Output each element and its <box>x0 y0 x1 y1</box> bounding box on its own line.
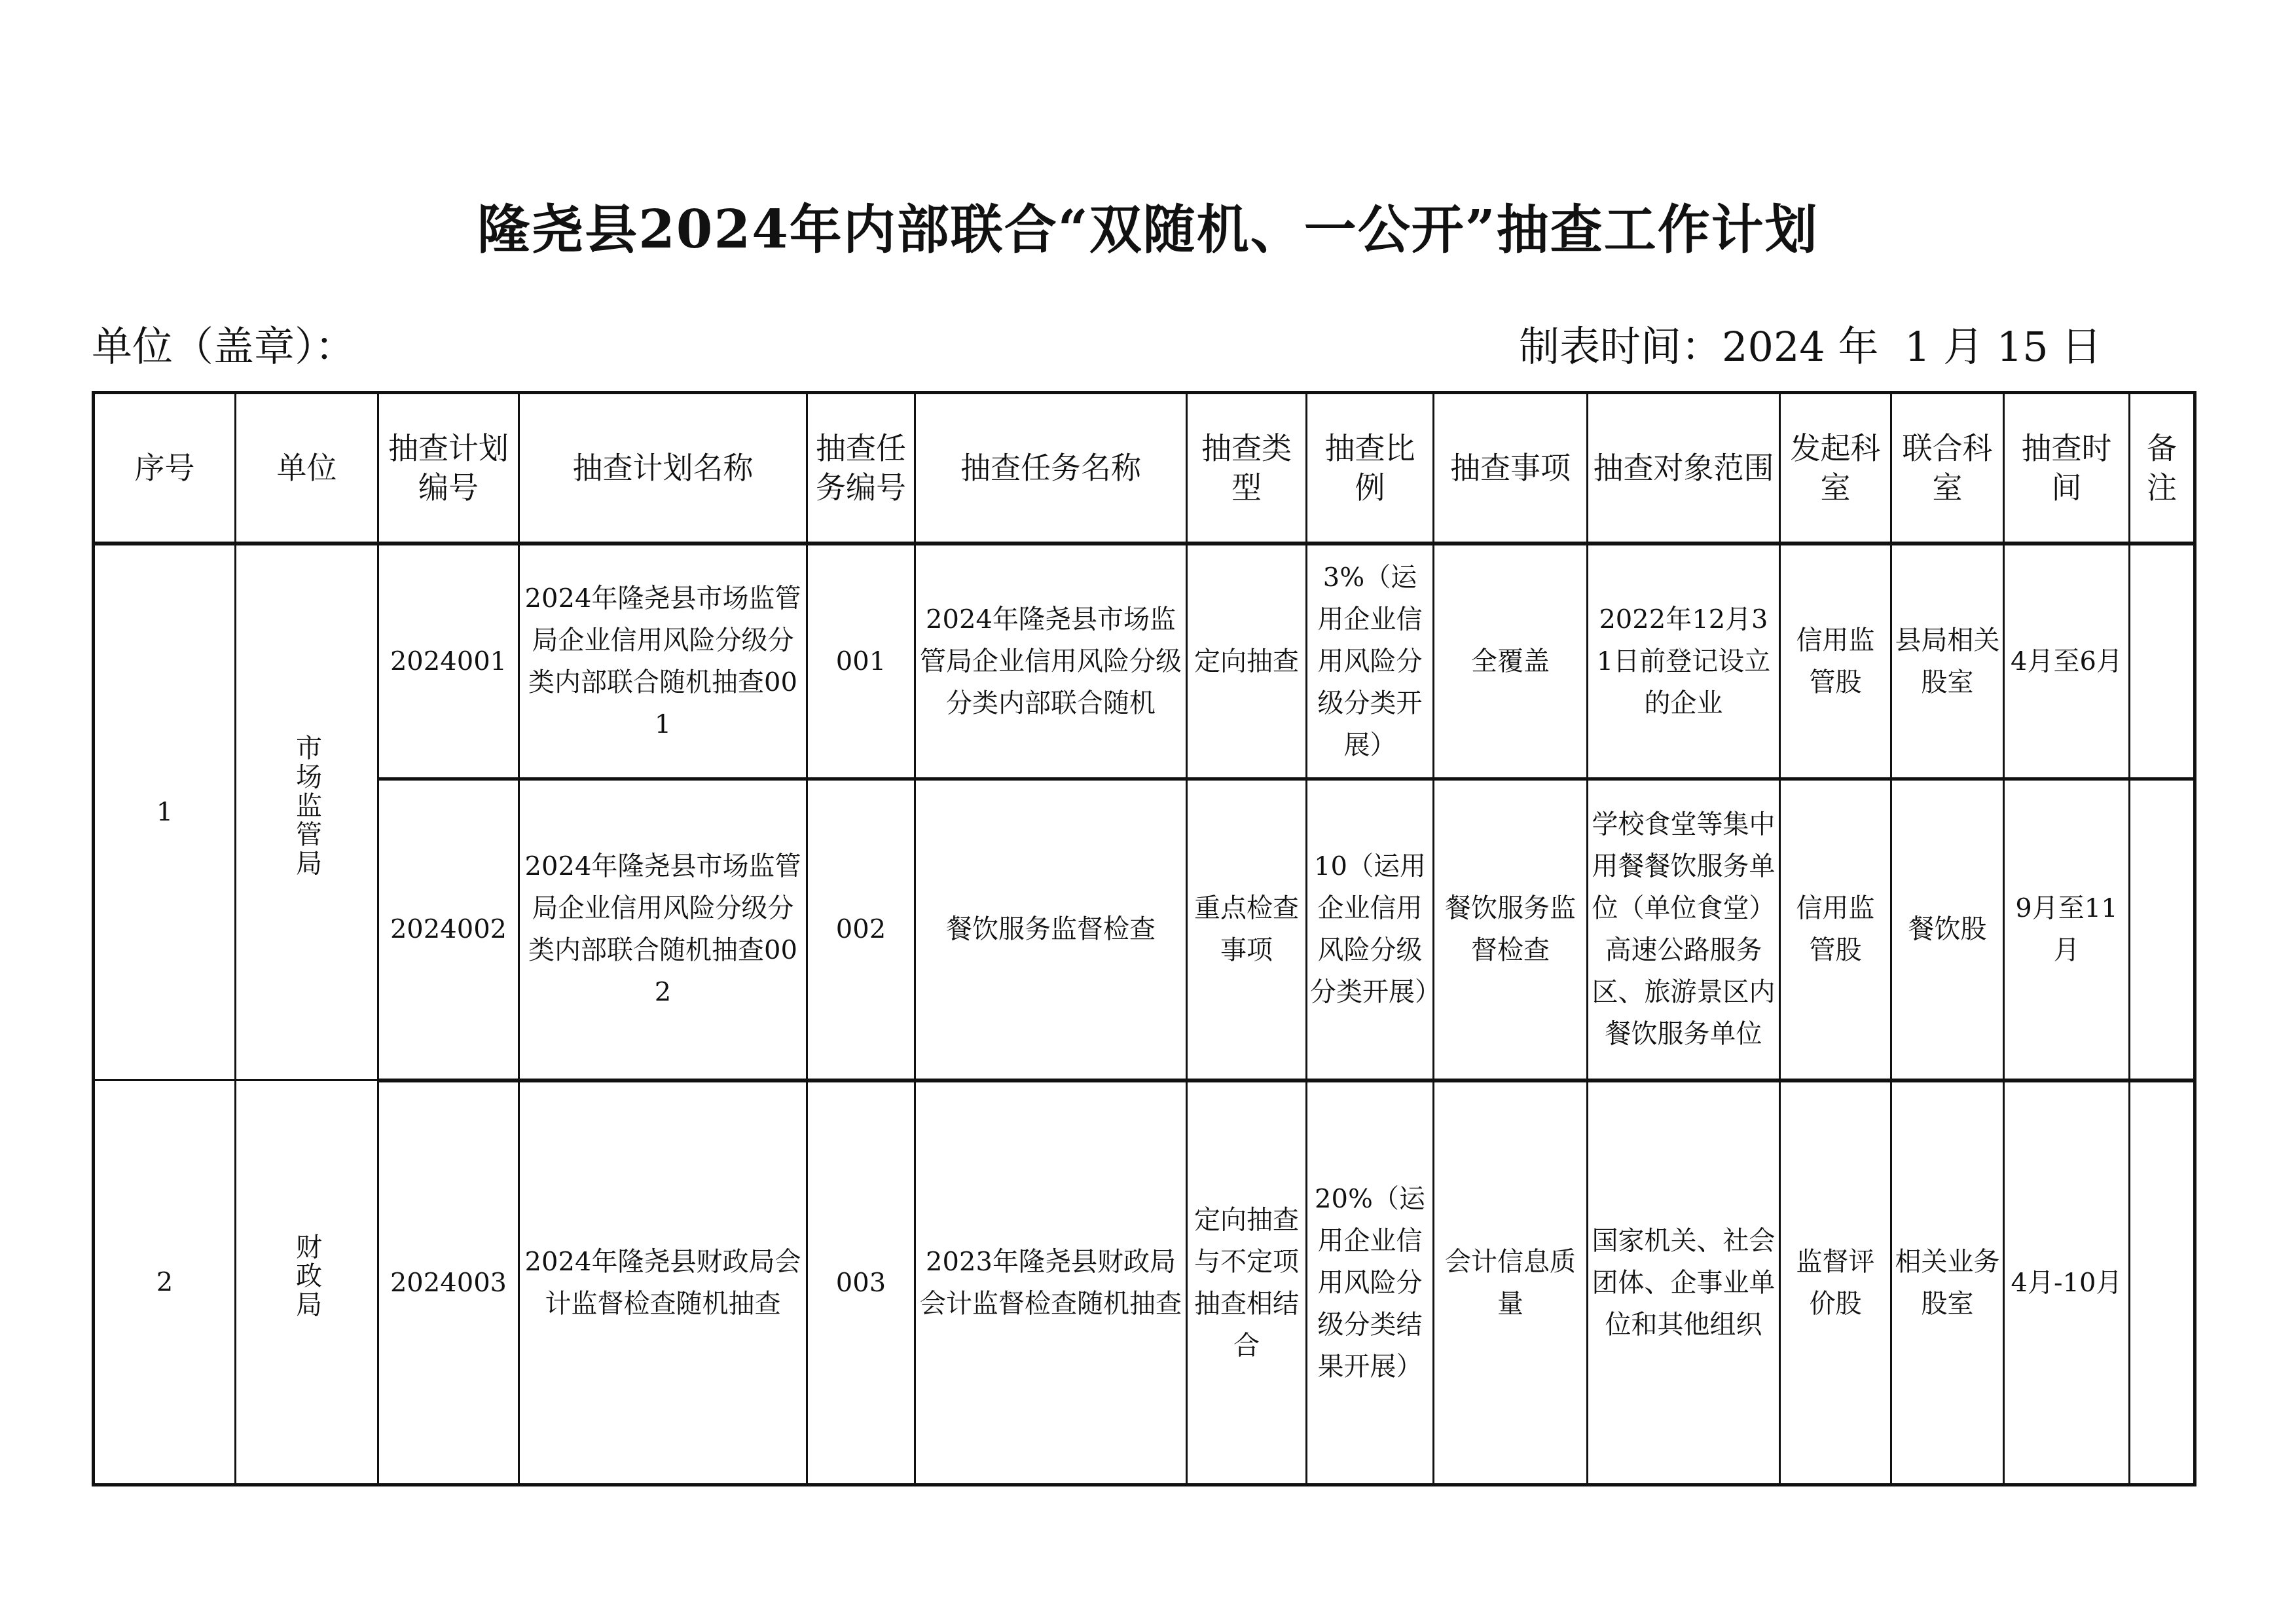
header-task-name: 抽查任务名称 <box>915 393 1187 544</box>
cell-plan-no: 2024003 <box>378 1080 519 1485</box>
header-task-no: 抽查任务编号 <box>807 393 915 544</box>
cell-period: 4月-10月 <box>2004 1080 2130 1485</box>
cell-plan-no: 2024001 <box>378 544 519 779</box>
cell-task-name: 2024年隆尧县市场监管局企业信用风险分级分类内部联合随机 <box>915 544 1187 779</box>
cell-check-type: 定向抽查 <box>1187 544 1307 779</box>
unit-seal-label: 单位（盖章）： <box>92 321 355 373</box>
header-ratio: 抽查比例 <box>1307 393 1434 544</box>
cell-initiator: 监督评价股 <box>1780 1080 1891 1485</box>
cell-seq: 1 <box>94 544 236 1080</box>
cell-task-no: 001 <box>807 544 915 779</box>
document-title: 隆尧县2024年内部联合“双随机、一公开”抽查工作计划 <box>0 196 2296 262</box>
table-row: 1 市场监管局 2024001 2024年隆尧县市场监管局企业信用风险分级分类内… <box>94 544 2195 779</box>
cell-plan-name: 2024年隆尧县财政局会计监督检查随机抽查 <box>519 1080 807 1485</box>
cell-joint: 县局相关股室 <box>1891 544 2004 779</box>
cell-remark <box>2130 1080 2195 1485</box>
cell-period: 4月至6月 <box>2004 544 2130 779</box>
cell-period: 9月至11月 <box>2004 779 2130 1080</box>
cell-ratio: 3%（运用企业信用风险分级分类开展） <box>1307 544 1434 779</box>
date-label: 制表时间：2024 年 1 月 15 日 <box>1519 321 2102 373</box>
cell-item: 全覆盖 <box>1434 544 1588 779</box>
table-row: 2024002 2024年隆尧县市场监管局企业信用风险分级分类内部联合随机抽查0… <box>94 779 2195 1080</box>
cell-joint: 相关业务股室 <box>1891 1080 2004 1485</box>
cell-scope: 国家机关、社会团体、企事业单位和其他组织 <box>1588 1080 1780 1485</box>
cell-plan-no: 2024002 <box>378 779 519 1080</box>
cell-remark <box>2130 544 2195 779</box>
header-initiator: 发起科室 <box>1780 393 1891 544</box>
header-scope: 抽查对象范围 <box>1588 393 1780 544</box>
cell-task-no: 002 <box>807 779 915 1080</box>
inspection-plan-table: 序号 单位 抽查计划编号 抽查计划名称 抽查任务编号 抽查任务名称 抽查类型 抽… <box>92 391 2196 1486</box>
cell-item: 餐饮服务监督检查 <box>1434 779 1588 1080</box>
cell-plan-name: 2024年隆尧县市场监管局企业信用风险分级分类内部联合随机抽查002 <box>519 779 807 1080</box>
cell-item: 会计信息质量 <box>1434 1080 1588 1485</box>
cell-scope: 2022年12月31日前登记设立的企业 <box>1588 544 1780 779</box>
header-plan-no: 抽查计划编号 <box>378 393 519 544</box>
table-row: 2 财政局 2024003 2024年隆尧县财政局会计监督检查随机抽查 003 … <box>94 1080 2195 1485</box>
unit-name: 市场监管局 <box>286 734 328 878</box>
header-plan-name: 抽查计划名称 <box>519 393 807 544</box>
cell-unit: 市场监管局 <box>236 544 378 1080</box>
cell-remark <box>2130 779 2195 1080</box>
cell-unit: 财政局 <box>236 1080 378 1485</box>
cell-seq: 2 <box>94 1080 236 1485</box>
cell-scope: 学校食堂等集中用餐餐饮服务单位（单位食堂）高速公路服务区、旅游景区内餐饮服务单位 <box>1588 779 1780 1080</box>
cell-check-type: 重点检查事项 <box>1187 779 1307 1080</box>
cell-task-no: 003 <box>807 1080 915 1485</box>
cell-initiator: 信用监管股 <box>1780 544 1891 779</box>
cell-ratio: 20%（运用企业信用风险分级分类结果开展） <box>1307 1080 1434 1485</box>
cell-check-type: 定向抽查与不定项抽查相结合 <box>1187 1080 1307 1485</box>
header-check-type: 抽查类型 <box>1187 393 1307 544</box>
cell-ratio: 10（运用企业信用风险分级分类开展） <box>1307 779 1434 1080</box>
header-period: 抽查时间 <box>2004 393 2130 544</box>
header-remark: 备注 <box>2130 393 2195 544</box>
cell-task-name: 2023年隆尧县财政局会计监督检查随机抽查 <box>915 1080 1187 1485</box>
unit-name: 财政局 <box>286 1233 328 1319</box>
header-seq: 序号 <box>94 393 236 544</box>
cell-plan-name: 2024年隆尧县市场监管局企业信用风险分级分类内部联合随机抽查001 <box>519 544 807 779</box>
cell-task-name: 餐饮服务监督检查 <box>915 779 1187 1080</box>
header-unit: 单位 <box>236 393 378 544</box>
cell-joint: 餐饮股 <box>1891 779 2004 1080</box>
cell-initiator: 信用监管股 <box>1780 779 1891 1080</box>
header-item: 抽查事项 <box>1434 393 1588 544</box>
header-joint: 联合科室 <box>1891 393 2004 544</box>
table-header-row: 序号 单位 抽查计划编号 抽查计划名称 抽查任务编号 抽查任务名称 抽查类型 抽… <box>94 393 2195 544</box>
